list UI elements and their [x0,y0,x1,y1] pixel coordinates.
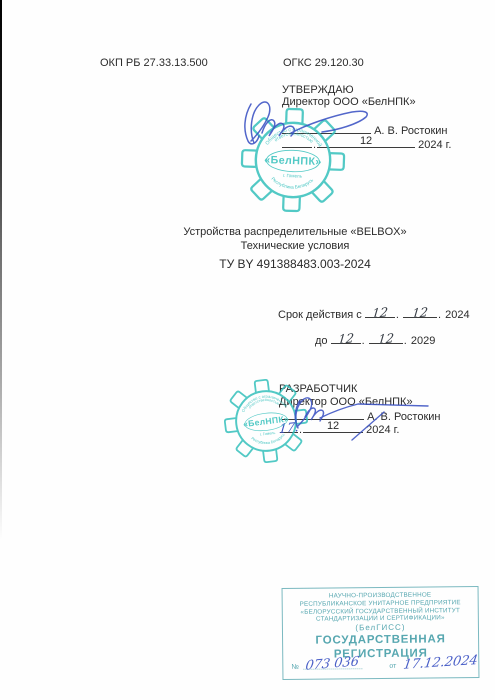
validity-from-day-handwritten: 12 [371,304,388,321]
developer-day-blank: 17. [280,421,298,433]
scanned-document-page: ОКП РБ 27.33.13.500 ОГКС 29.120.30 УТВЕР… [0,0,495,700]
reg-stamp-number-row: № 073 036 от 17.12.2024 [289,653,472,673]
document-title: Устройства распределительные «BELBOX» Те… [130,226,460,253]
developer-role: Директор ООО «БелНПК» [279,396,413,408]
validity-dot: . [403,335,408,347]
svg-text:ответственностью: ответственностью [247,396,281,410]
validity-from-month-blank: 12 [403,306,437,318]
approval-role: Директор ООО «БелНПК» [282,96,416,108]
validity-from-month-handwritten: 12 [411,304,428,321]
reg-date-label: от [389,663,396,670]
developer-month-blank: 12 [303,421,363,433]
validity-to-label: до [315,335,328,347]
developer-date-row: 17..12 2024 г. [280,421,399,436]
stamp-country-arc-text: Республика Беларусь [270,176,315,191]
validity-to-month-handwritten: 12 [377,330,394,347]
stamp-company-name: «БелНПК» [264,154,322,168]
developer-year: 2024 г. [366,424,399,436]
approval-month-blank: 12 [317,136,415,148]
code-okp: ОКП РБ 27.33.13.500 [100,57,208,69]
developer-heading: РАЗРАБОТЧИК [279,383,357,395]
stamp-city-text: г. Гомель [283,173,303,179]
validity-from-label: Срок действия с [278,309,362,321]
validity-to-row: до 12. 12. 2029 [315,332,435,347]
validity-dot: . [361,335,366,347]
developer-month: 12 [327,420,339,432]
reg-number-label: № [291,664,299,671]
reg-date-handwritten: 17.12.2024 [402,653,479,673]
scan-edge-artifact [0,0,2,540]
validity-to-day-blank: 12 [331,332,361,344]
approval-year: 2024 г. [418,139,451,151]
company-gear-stamp-top: Общество с ограниченной ответственностью… [235,102,351,218]
validity-dot: . [437,309,442,321]
approval-signature-line [282,122,371,134]
developer-signature-line [282,408,364,420]
code-ogks: ОГКС 29.120.30 [283,57,364,69]
validity-from-row: Срок действия с 12. 12. 2024 [278,306,470,321]
approval-date-row: .12 2024 г. [282,136,451,151]
title-line1: Устройства распределительные «BELBOX» [130,226,460,240]
validity-to-month-blank: 12 [369,332,403,344]
approval-month: 12 [360,135,372,147]
validity-from-year: 2024 [445,309,469,321]
stamp-city-text: г. Гомель [260,431,276,437]
title-line2: Технические условия [130,240,460,254]
state-registration-stamp: НАУЧНО-ПРОИЗВОДСТВЕННОЕ РЕСПУБЛИКАНСКОЕ … [282,586,480,680]
approval-heading: УТВЕРЖДАЮ [282,84,354,96]
reg-number-handwritten: 073 036 [304,654,360,674]
svg-text:Республика Беларусь: Республика Беларусь [270,176,315,191]
validity-to-year: 2029 [411,335,435,347]
stamp-mid-arc-text: ответственностью [247,396,281,410]
validity-dot: . [395,309,400,321]
validity-from-day-blank: 12 [365,306,395,318]
approval-day-blank [282,136,312,148]
validity-to-day-handwritten: 12 [337,330,354,347]
document-number: ТУ BY 491388483.003-2024 [130,257,460,271]
developer-day-handwritten: 17. [278,419,299,436]
